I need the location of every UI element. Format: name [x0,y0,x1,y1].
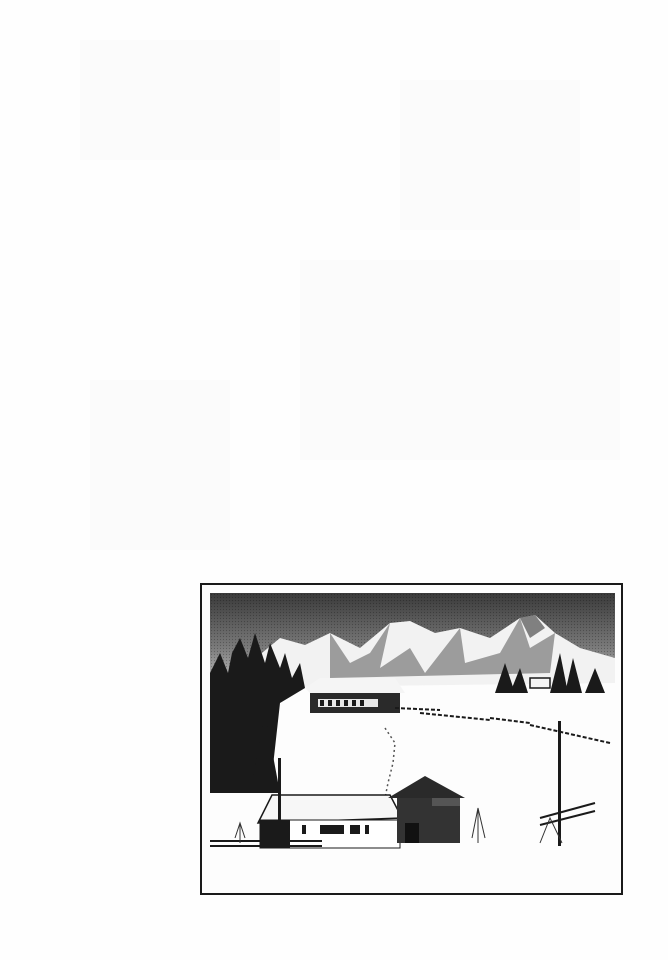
bleed-through-mark [80,40,280,160]
illustration-svg [210,593,615,878]
distant-barn [530,678,550,688]
utility-pole [558,721,561,846]
bleed-through-mark [300,260,620,460]
distant-farmhouse [305,678,405,713]
illustration-frame [200,583,623,895]
bleed-through-mark [400,80,580,230]
winter-village-illustration [210,593,615,878]
bleed-through-mark [90,380,230,550]
